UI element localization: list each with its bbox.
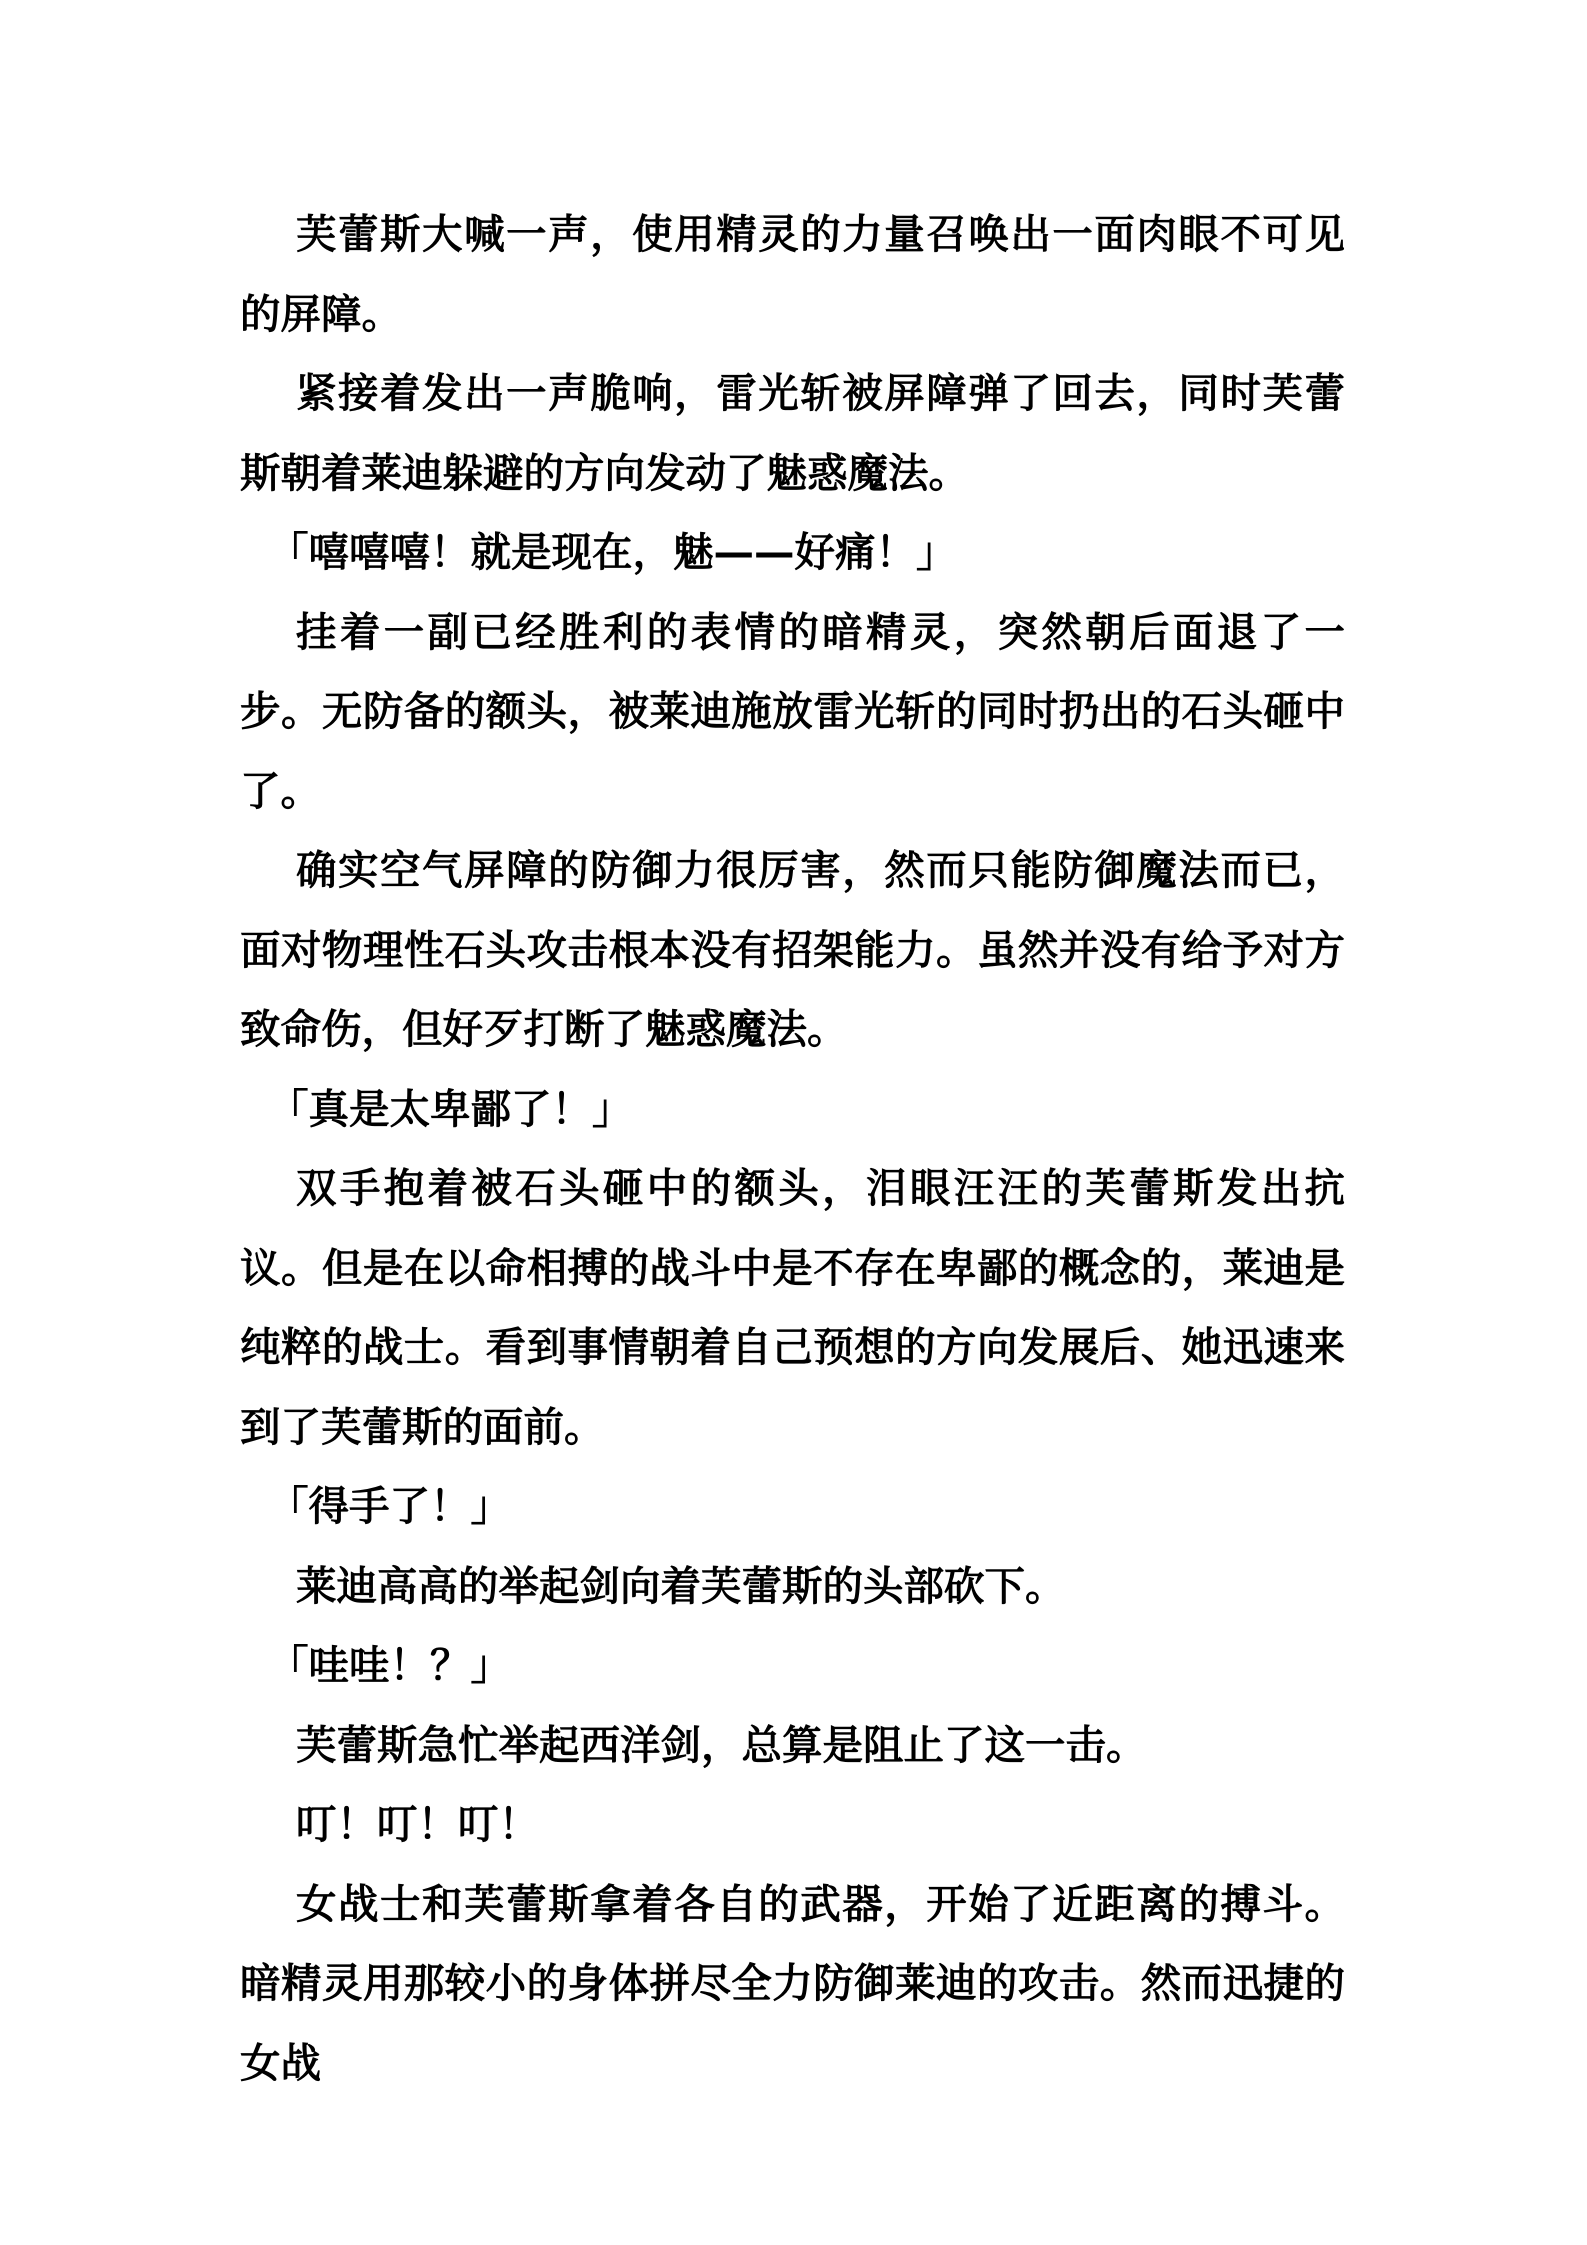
paragraph-narration: 双手抱着被石头砸中的额头，泪眼汪汪的芙蕾斯发出抗议。但是在以命相搏的战斗中是不存…: [240, 1149, 1345, 1467]
paragraph-narration: 女战士和芙蕾斯拿着各自的武器，开始了近距离的搏斗。暗精灵用那较小的身体拼尽全力防…: [240, 1865, 1345, 2104]
paragraph-dialogue: 「真是太卑鄙了！」: [240, 1070, 1345, 1150]
paragraph-narration: 莱迪高高的举起剑向着芙蕾斯的头部砍下。: [240, 1547, 1345, 1627]
paragraph-dialogue: 「哇哇！？」: [240, 1626, 1345, 1706]
paragraph-narration: 芙蕾斯大喊一声，使用精灵的力量召唤出一面肉眼不可见的屏障。: [240, 195, 1345, 354]
paragraph-narration: 挂着一副已经胜利的表情的暗精灵，突然朝后面退了一步。无防备的额头，被莱迪施放雷光…: [240, 593, 1345, 832]
paragraph-dialogue: 「得手了！」: [240, 1467, 1345, 1547]
paragraph-dialogue: 「嘻嘻嘻！就是现在，魅——好痛！」: [240, 513, 1345, 593]
paragraph-sound-effect: 叮！叮！叮！: [240, 1785, 1345, 1865]
paragraph-narration: 芙蕾斯急忙举起西洋剑，总算是阻止了这一击。: [240, 1706, 1345, 1786]
paragraph-narration: 确实空气屏障的防御力很厉害，然而只能防御魔法而已，面对物理性石头攻击根本没有招架…: [240, 831, 1345, 1070]
paragraph-narration: 紧接着发出一声脆响，雷光斩被屏障弹了回去，同时芙蕾斯朝着莱迪躲避的方向发动了魅惑…: [240, 354, 1345, 513]
document-page: 芙蕾斯大喊一声，使用精灵的力量召唤出一面肉眼不可见的屏障。 紧接着发出一声脆响，…: [240, 195, 1345, 2103]
